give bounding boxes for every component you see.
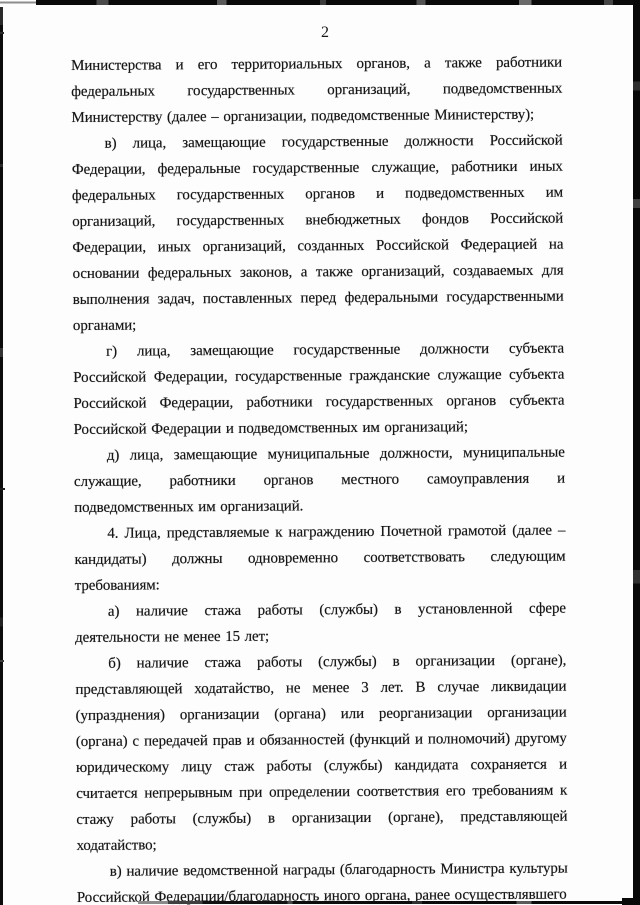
paragraph-item-b: б) наличие стажа работы (службы) в орган… [75,648,567,859]
scan-edge-bottom [138,901,636,904]
paragraph-item-d: д) лица, замещающие муниципальные должно… [74,440,566,521]
scan-speck [0,164,3,167]
paragraph-continuation: Министерства и его территориальных орган… [71,50,563,131]
scan-speck [0,488,5,490]
paragraph-item-a: а) наличие стажа работы (службы) в устан… [75,596,566,651]
document-body: Министерства и его территориальных орган… [71,50,568,905]
scan-corner-top-left [0,0,36,5]
scanned-document-page: 2 Министерства и его территориальных орг… [0,0,640,905]
page-number: 2 [5,24,640,42]
paragraph-item-g: г) лица, замещающие государственные долж… [73,336,565,443]
paragraph-item-v-awards: в) наличие ведомственной награды (благод… [77,856,568,905]
scan-edge-right [633,0,640,905]
paragraph-clause-4: 4. Лица, представляемые к награждению По… [74,518,566,599]
scan-corner-bottom-right [622,898,640,905]
scan-speck [0,660,4,662]
scan-edge-top [0,0,640,5]
scan-speck [0,32,4,34]
scan-edge-left [0,7,3,905]
paragraph-item-v: в) лица, замещающие государственные долж… [72,128,564,339]
scan-edge-top-flecks [36,0,640,5]
